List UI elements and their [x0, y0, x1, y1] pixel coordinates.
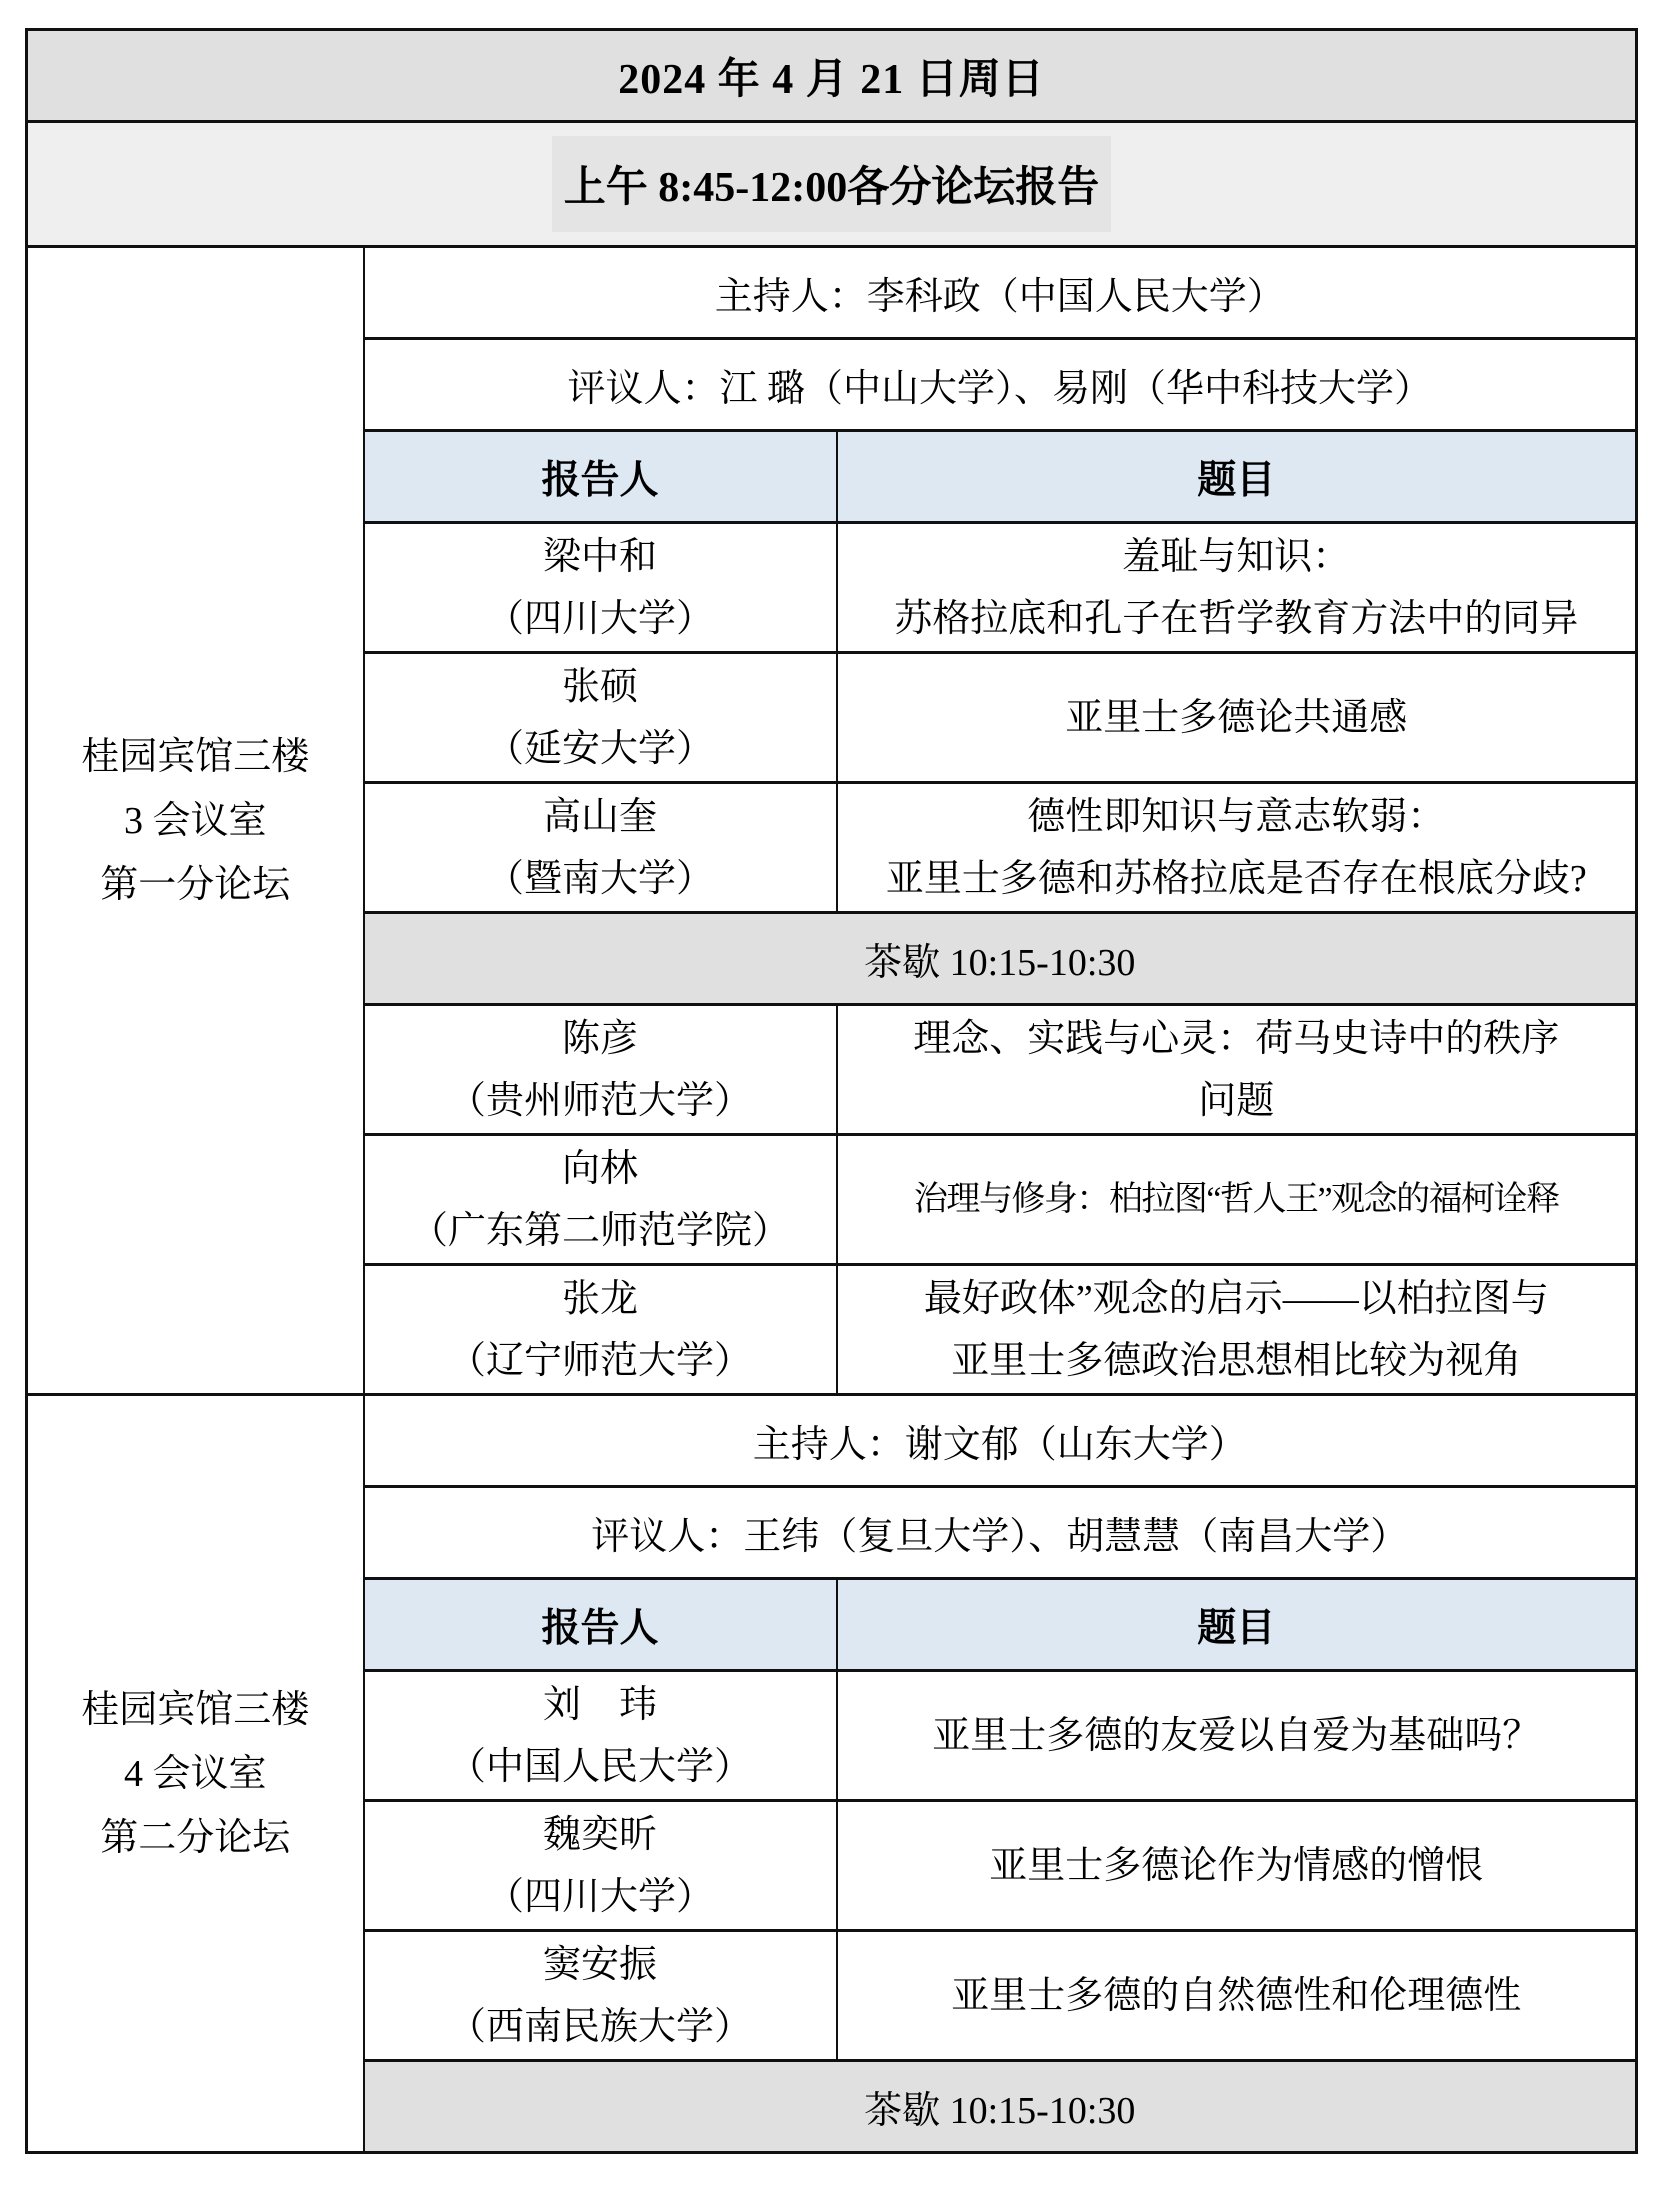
- text-line: （四川大学）: [369, 1866, 832, 1928]
- title-header-cell: 题目: [837, 1579, 1637, 1671]
- speaker-name-cell: 窦安振（西南民族大学）: [364, 1931, 837, 2061]
- text-line: 3 会议室: [32, 789, 359, 853]
- talk-title-cell: 亚里士多德论共通感: [837, 653, 1637, 783]
- presenter-header-cell: 报告人: [364, 431, 837, 523]
- text-line: 陈彦: [369, 1008, 832, 1070]
- text-line: 张龙: [369, 1268, 832, 1330]
- text-line: 理念、实践与心灵：荷马史诗中的秩序: [842, 1008, 1632, 1070]
- talk-title-cell: 亚里士多德的自然德性和伦理德性: [837, 1931, 1637, 2061]
- talk-title-cell: 治理与修身：柏拉图“哲人王”观念的福柯诠释: [837, 1135, 1637, 1265]
- talk-title-cell: 亚里士多德的友爱以自爱为基础吗？: [837, 1671, 1637, 1801]
- talk-title-cell: 亚里士多德论作为情感的憎恨: [837, 1801, 1637, 1931]
- text-line: 魏奕昕: [369, 1804, 832, 1866]
- talk-title-cell: 德性即知识与意志软弱：亚里士多德和苏格拉底是否存在根底分歧?: [837, 783, 1637, 913]
- speaker-name-cell: 张硕（延安大学）: [364, 653, 837, 783]
- table-row: 2024 年 4 月 21 日周日: [27, 30, 1637, 122]
- text-line: 德性即知识与意志软弱：: [842, 786, 1632, 848]
- title-header-cell: 题目: [837, 431, 1637, 523]
- text-line: 桂园宾馆三楼: [32, 725, 359, 789]
- conference-schedule-page: 2024 年 4 月 21 日周日 上午 8:45-12:00各分论坛报告 桂园…: [25, 28, 1635, 2154]
- text-line: 亚里士多德论共通感: [842, 687, 1632, 749]
- speaker-name-cell: 高山奎（暨南大学）: [364, 783, 837, 913]
- text-line: 亚里士多德论作为情感的憎恨: [842, 1835, 1632, 1897]
- speaker-name-cell: 陈彦（贵州师范大学）: [364, 1005, 837, 1135]
- sections-body: 桂园宾馆三楼3 会议室第一分论坛主持人：李科政（中国人民大学）评议人：江 璐（中…: [27, 247, 1637, 2153]
- room-cell: 桂园宾馆三楼3 会议室第一分论坛: [27, 247, 364, 1395]
- text-line: （西南民族大学）: [369, 1996, 832, 2058]
- text-line: 亚里士多德的自然德性和伦理德性: [842, 1965, 1632, 2027]
- text-line: 最好政体”观念的启示——以柏拉图与: [842, 1268, 1632, 1330]
- text-line: 亚里士多德和苏格拉底是否存在根底分歧?: [842, 848, 1632, 910]
- speaker-name-cell: 向林（广东第二师范学院）: [364, 1135, 837, 1265]
- text-line: 高山奎: [369, 786, 832, 848]
- talk-title-cell: 理念、实践与心灵：荷马史诗中的秩序问题: [837, 1005, 1637, 1135]
- reviewers-cell: 评议人：江 璐（中山大学）、易刚（华中科技大学）: [364, 339, 1637, 431]
- moderator-cell: 主持人：李科政（中国人民大学）: [364, 247, 1637, 339]
- text-line: 刘 玮: [369, 1674, 832, 1736]
- talk-title-cell: 最好政体”观念的启示——以柏拉图与亚里士多德政治思想相比较为视角: [837, 1265, 1637, 1395]
- presenter-header-cell: 报告人: [364, 1579, 837, 1671]
- text-line: 问题: [842, 1070, 1632, 1132]
- text-line: （贵州师范大学）: [369, 1070, 832, 1132]
- text-line: （暨南大学）: [369, 848, 832, 910]
- speaker-name-cell: 刘 玮（中国人民大学）: [364, 1671, 837, 1801]
- text-line: 向林: [369, 1138, 832, 1200]
- moderator-cell: 主持人：谢文郁（山东大学）: [364, 1395, 1637, 1487]
- speaker-name-cell: 张龙（辽宁师范大学）: [364, 1265, 837, 1395]
- table-row: 桂园宾馆三楼3 会议室第一分论坛主持人：李科政（中国人民大学）: [27, 247, 1637, 339]
- talk-title-cell: 羞耻与知识：苏格拉底和孔子在哲学教育方法中的同异: [837, 523, 1637, 653]
- table-row: 上午 8:45-12:00各分论坛报告: [27, 122, 1637, 247]
- text-line: （延安大学）: [369, 718, 832, 780]
- reviewers-cell: 评议人：王纬（复旦大学）、胡慧慧（南昌大学）: [364, 1487, 1637, 1579]
- session-highlight: 上午 8:45-12:00各分论坛报告: [552, 136, 1111, 232]
- table-row: 桂园宾馆三楼4 会议室第二分论坛主持人：谢文郁（山东大学）: [27, 1395, 1637, 1487]
- break-cell: 茶歇 10:15-10:30: [364, 2061, 1637, 2153]
- text-line: （辽宁师范大学）: [369, 1330, 832, 1392]
- text-line: （中国人民大学）: [369, 1736, 832, 1798]
- speaker-name-cell: 魏奕昕（四川大学）: [364, 1801, 837, 1931]
- text-line: 梁中和: [369, 526, 832, 588]
- text-line: 治理与修身：柏拉图“哲人王”观念的福柯诠释: [842, 1169, 1632, 1231]
- text-line: 第二分论坛: [32, 1806, 359, 1870]
- session-header: 上午 8:45-12:00各分论坛报告: [27, 122, 1637, 247]
- speaker-name-cell: 梁中和（四川大学）: [364, 523, 837, 653]
- room-cell: 桂园宾馆三楼4 会议室第二分论坛: [27, 1395, 364, 2153]
- schedule-table: 2024 年 4 月 21 日周日 上午 8:45-12:00各分论坛报告 桂园…: [25, 28, 1638, 2154]
- break-cell: 茶歇 10:15-10:30: [364, 913, 1637, 1005]
- text-line: 4 会议室: [32, 1742, 359, 1806]
- date-header: 2024 年 4 月 21 日周日: [27, 30, 1637, 122]
- text-line: 亚里士多德的友爱以自爱为基础吗？: [842, 1705, 1632, 1767]
- text-line: （广东第二师范学院）: [369, 1200, 832, 1262]
- text-line: 第一分论坛: [32, 853, 359, 917]
- text-line: 桂园宾馆三楼: [32, 1678, 359, 1742]
- text-line: （四川大学）: [369, 588, 832, 650]
- text-line: 亚里士多德政治思想相比较为视角: [842, 1330, 1632, 1392]
- text-line: 窦安振: [369, 1934, 832, 1996]
- text-line: 羞耻与知识：: [842, 526, 1632, 588]
- text-line: 苏格拉底和孔子在哲学教育方法中的同异: [842, 588, 1632, 650]
- text-line: 张硕: [369, 656, 832, 718]
